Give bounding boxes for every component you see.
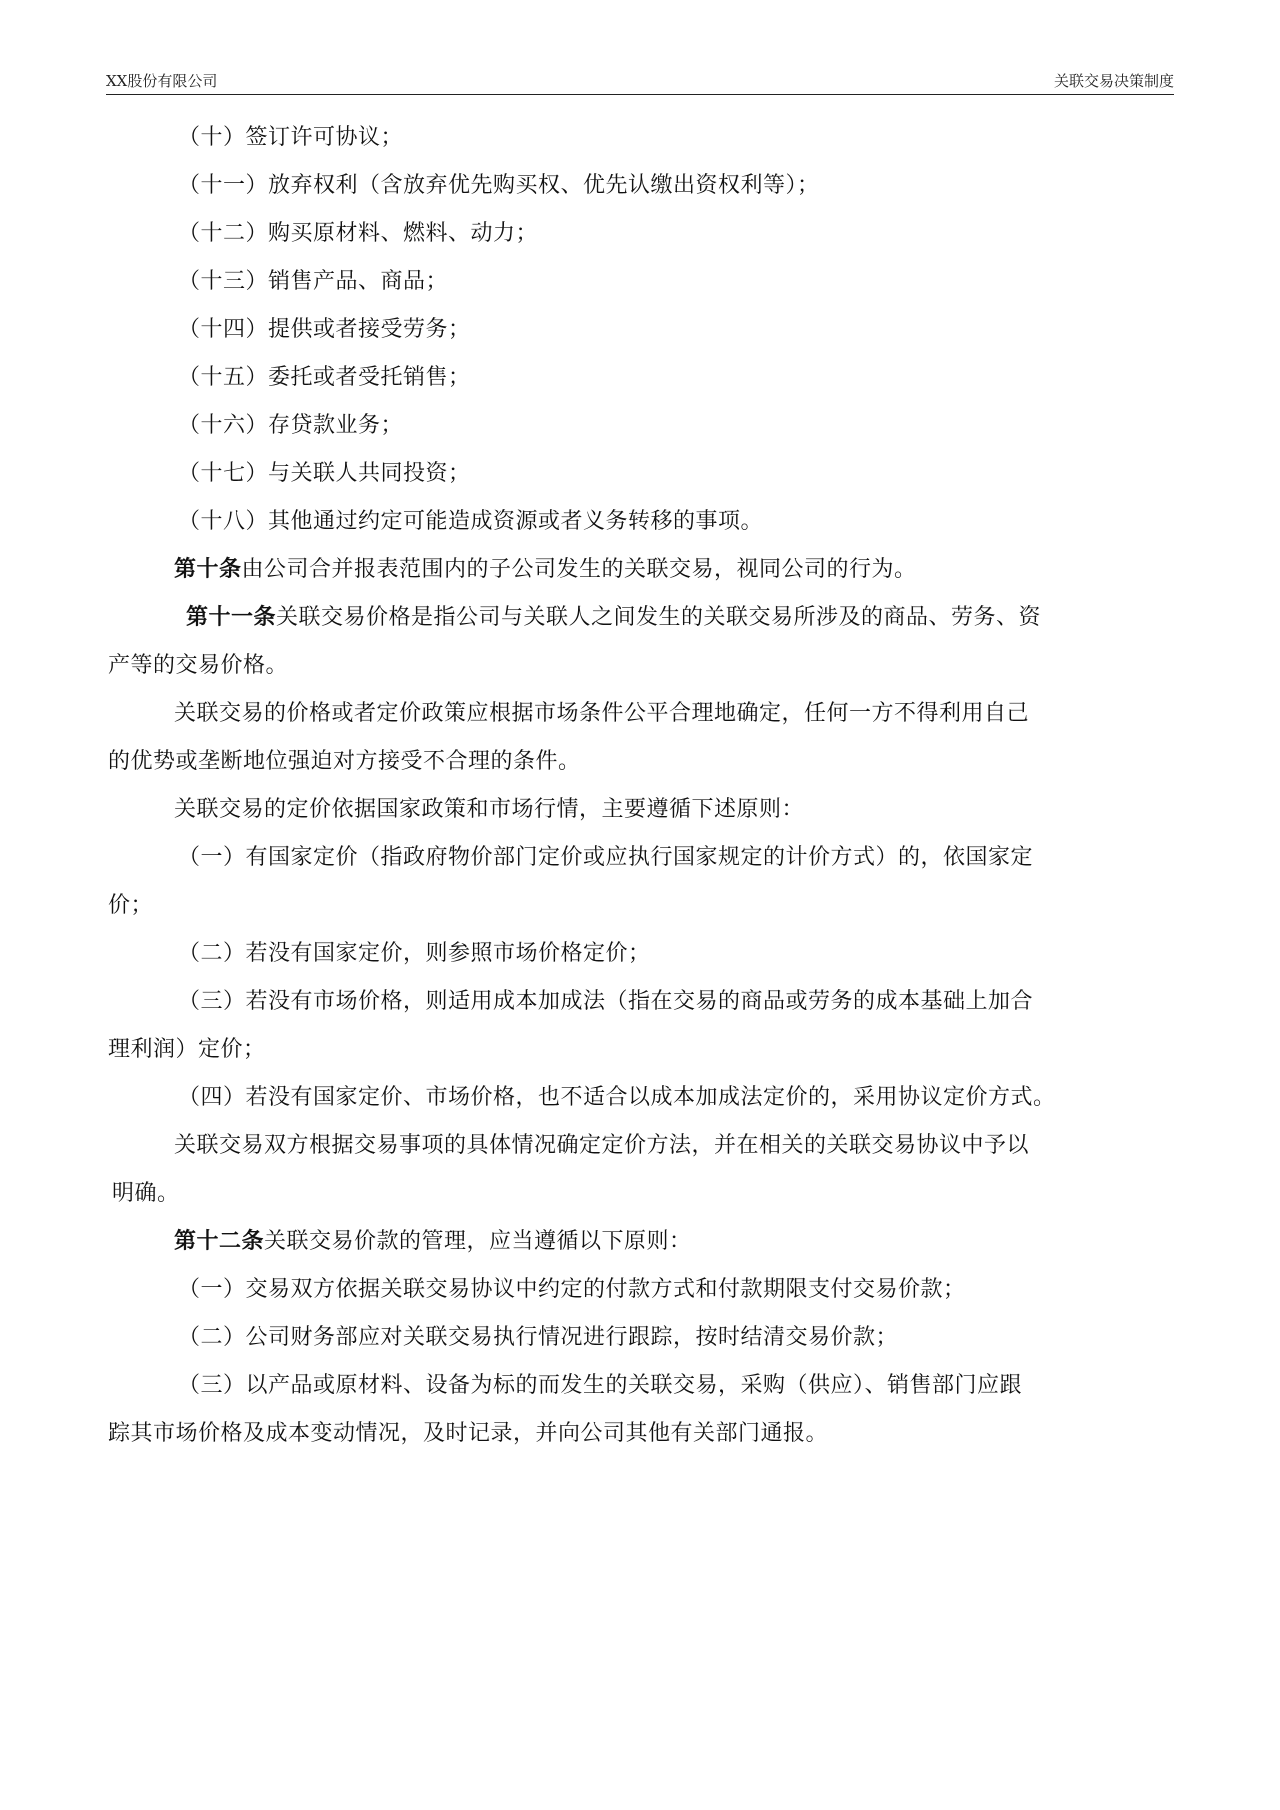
article-10-heading: 第十条 bbox=[174, 557, 242, 582]
article-11-para4-cont: 明确。 bbox=[112, 1170, 1174, 1218]
payment-rule-item-cont: 踪其市场价格及成本变动情况，及时记录，并向公司其他有关部门通报。 bbox=[108, 1410, 1174, 1458]
article-12: 第十二条关联交易价款的管理，应当遵循以下原则： bbox=[126, 1218, 1174, 1266]
article-11-text: 关联交易价格是指公司与关联人之间发生的关联交易所涉及的商品、劳务、资 bbox=[276, 605, 1041, 630]
document-body: （十）签订许可协议； （十一）放弃权利（含放弃优先购买权、优先认缴出资权利等）；… bbox=[126, 114, 1174, 1458]
list-item: （十四）提供或者接受劳务； bbox=[126, 306, 1174, 354]
list-item: （十二）购买原材料、燃料、动力； bbox=[126, 210, 1174, 258]
payment-rule-item: （一）交易双方依据关联交易协议中约定的付款方式和付款期限支付交易价款； bbox=[126, 1266, 1174, 1314]
principle-item: （一）有国家定价（指政府物价部门定价或应执行国家规定的计价方式）的，依国家定 bbox=[126, 834, 1174, 882]
company-name: XX股份有限公司 bbox=[106, 70, 217, 91]
list-item: （十八）其他通过约定可能造成资源或者义务转移的事项。 bbox=[126, 498, 1174, 546]
article-12-text: 关联交易价款的管理，应当遵循以下原则： bbox=[264, 1229, 692, 1254]
article-11: 第十一条关联交易价格是指公司与关联人之间发生的关联交易所涉及的商品、劳务、资 bbox=[126, 594, 1174, 642]
article-11-para2-cont: 的优势或垄断地位强迫对方接受不合理的条件。 bbox=[108, 738, 1174, 786]
list-item: （十三）销售产品、商品； bbox=[126, 258, 1174, 306]
article-10-text: 由公司合并报表范围内的子公司发生的关联交易，视同公司的行为。 bbox=[242, 557, 917, 582]
list-item: （十五）委托或者受托销售； bbox=[126, 354, 1174, 402]
payment-rule-item: （三）以产品或原材料、设备为标的而发生的关联交易，采购（供应）、销售部门应跟 bbox=[126, 1362, 1174, 1410]
principle-item-cont: 理利润）定价； bbox=[108, 1026, 1174, 1074]
principle-item: （三）若没有市场价格，则适用成本加成法（指在交易的商品或劳务的成本基础上加合 bbox=[126, 978, 1174, 1026]
article-10: 第十条由公司合并报表范围内的子公司发生的关联交易，视同公司的行为。 bbox=[126, 546, 1174, 594]
principle-item: （二）若没有国家定价，则参照市场价格定价； bbox=[126, 930, 1174, 978]
article-11-heading: 第十一条 bbox=[186, 605, 276, 630]
article-12-heading: 第十二条 bbox=[174, 1229, 264, 1254]
article-11-para4: 关联交易双方根据交易事项的具体情况确定定价方法，并在相关的关联交易协议中予以 bbox=[126, 1122, 1174, 1170]
article-11-para2: 关联交易的价格或者定价政策应根据市场条件公平合理地确定，任何一方不得利用自己 bbox=[126, 690, 1174, 738]
principle-item-cont: 价； bbox=[108, 882, 1174, 930]
list-item: （十七）与关联人共同投资； bbox=[126, 450, 1174, 498]
list-item: （十六）存贷款业务； bbox=[126, 402, 1174, 450]
list-item: （十）签订许可协议； bbox=[126, 114, 1174, 162]
payment-rule-item: （二）公司财务部应对关联交易执行情况进行跟踪，按时结清交易价款； bbox=[126, 1314, 1174, 1362]
article-11-text-cont: 产等的交易价格。 bbox=[108, 642, 1174, 690]
article-11-para3: 关联交易的定价依据国家政策和市场行情，主要遵循下述原则： bbox=[126, 786, 1174, 834]
list-item: （十一）放弃权利（含放弃优先购买权、优先认缴出资权利等）； bbox=[126, 162, 1174, 210]
principle-item: （四）若没有国家定价、市场价格，也不适合以成本加成法定价的，采用协议定价方式。 bbox=[126, 1074, 1174, 1122]
page-header: XX股份有限公司 关联交易决策制度 bbox=[106, 66, 1174, 95]
document-title: 关联交易决策制度 bbox=[1054, 70, 1174, 91]
